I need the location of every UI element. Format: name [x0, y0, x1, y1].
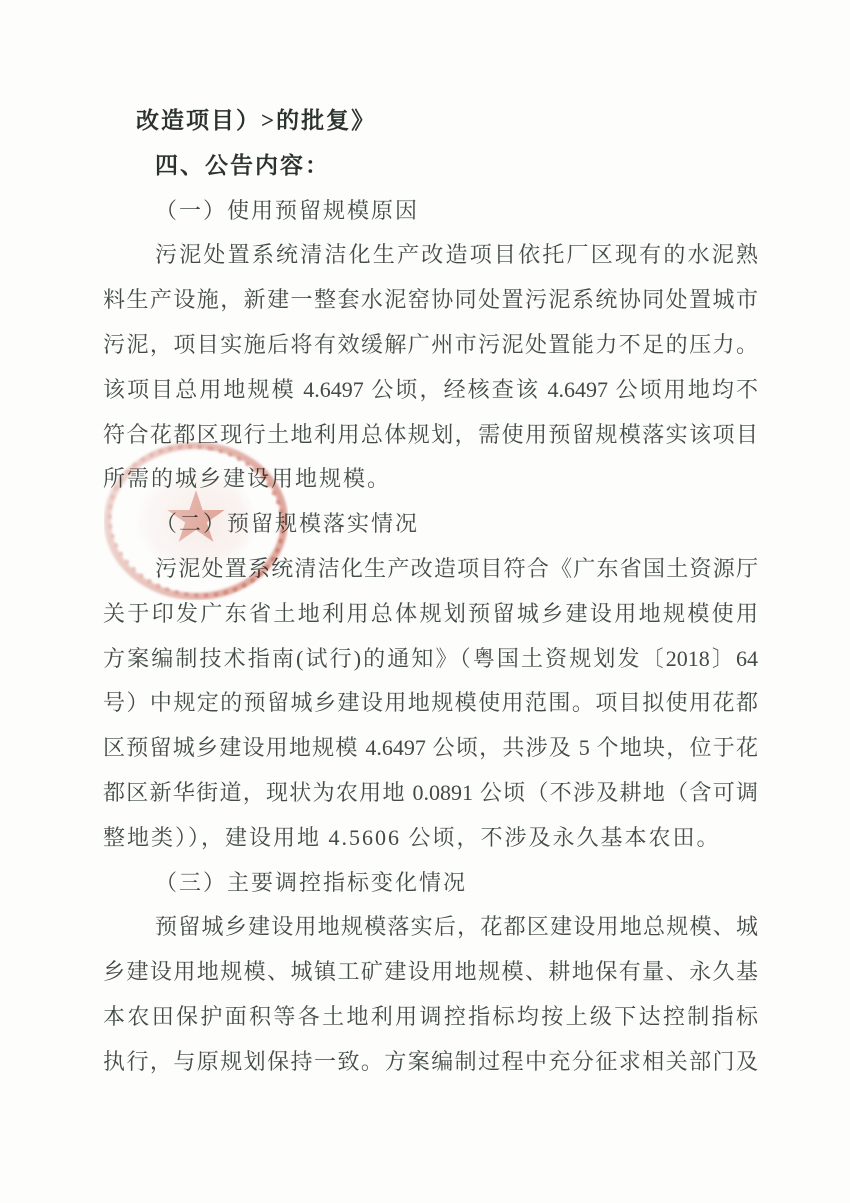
text-line: 关于印发广东省土地利用总体规划预留城乡建设用地规模使用	[103, 592, 758, 637]
text-line: 污泥处置系统清洁化生产改造项目符合《广东省国土资源厅	[103, 547, 758, 592]
text-line: 料生产设施，新建一整套水泥窑协同处置污泥系统协同处置城市	[103, 278, 758, 323]
text-line: 本农田保护面积等各土地利用调控指标均按上级下达控制指标	[103, 995, 758, 1040]
text-line: 预留城乡建设用地规模落实后，花都区建设用地总规模、城	[103, 905, 758, 950]
title-continuation-line: 改造项目）>的批复》	[103, 99, 758, 144]
text-line: 乡建设用地规模、城镇工矿建设用地规模、耕地保有量、永久基	[103, 950, 758, 995]
subsection-heading-2: （二）预留规模落实情况	[103, 502, 758, 547]
text-line: 所需的城乡建设用地规模。	[103, 457, 758, 502]
text-line: 号）中规定的预留城乡建设用地规模使用范围。项目拟使用花都	[103, 681, 758, 726]
document-body: 改造项目）>的批复》 四、公告内容： （一）使用预留规模原因 污泥处置系统清洁化…	[103, 99, 758, 1085]
subsection-heading-3: （三）主要调控指标变化情况	[103, 861, 758, 906]
section-heading-4: 四、公告内容：	[103, 144, 758, 189]
text-line: 区预留城乡建设用地规模 4.6497 公顷，共涉及 5 个地块，位于花	[103, 726, 758, 771]
text-line: 执行，与原规划保持一致。方案编制过程中充分征求相关部门及	[103, 1040, 758, 1085]
text-line: 符合花都区现行土地利用总体规划，需使用预留规模落实该项目	[103, 413, 758, 458]
text-line: 都区新华街道，现状为农用地 0.0891 公顷（不涉及耕地（含可调	[103, 771, 758, 816]
text-line: 污泥处置系统清洁化生产改造项目依托厂区现有的水泥熟	[103, 233, 758, 278]
subsection-heading-1: （一）使用预留规模原因	[103, 189, 758, 234]
text-line: 方案编制技术指南(试行)的通知》（粤国土资规划发〔2018〕64	[103, 637, 758, 682]
text-line: 污泥，项目实施后将有效缓解广州市污泥处置能力不足的压力。	[103, 323, 758, 368]
text-line: 整地类）），建设用地 4.5606 公顷，不涉及永久基本农田。	[103, 816, 758, 861]
scanned-document-page: 改造项目）>的批复》 四、公告内容： （一）使用预留规模原因 污泥处置系统清洁化…	[0, 0, 850, 1203]
text-line: 该项目总用地规模 4.6497 公顷，经核查该 4.6497 公顷用地均不	[103, 368, 758, 413]
